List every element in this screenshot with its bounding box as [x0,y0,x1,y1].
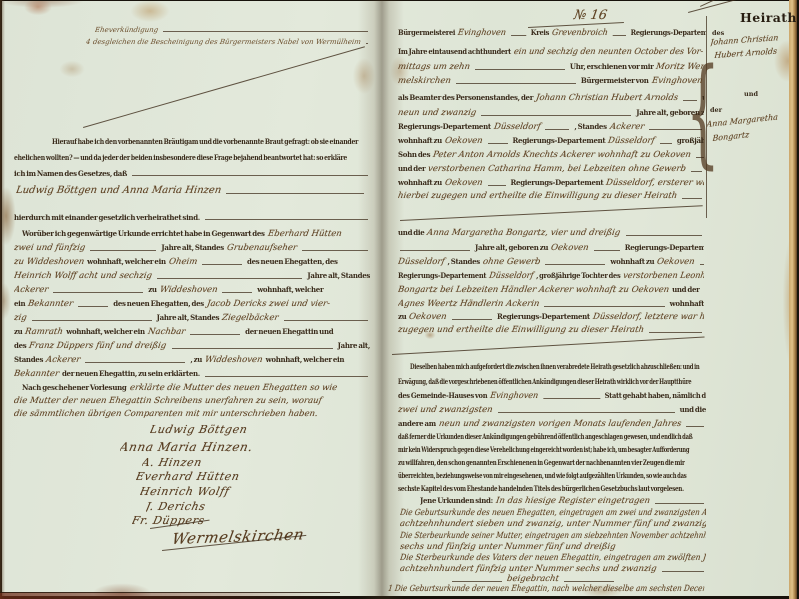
left-body: Heinrich Wolff acht und sechzigJahre alt… [14,271,370,281]
printed-text: ein [14,299,25,308]
rule-line [205,376,368,377]
signature-fr-dueppers: Fr. Düppers [132,514,252,527]
left-body: StandesAckerer, zuWiddeshovenwohnhaft, w… [14,355,370,365]
handwritten-text: Anna Margaretha Bongartz, vier und dreiß… [427,228,622,238]
printed-text: , zu [190,355,202,364]
left-body: Nach geschehener Vorlesungerklärte die M… [22,383,370,393]
margin-heading-heirath: Heirath [740,10,796,25]
handwritten-text: achtzehnhundert sieben und zwanzig, unte… [400,519,706,529]
printed-text: und die [680,405,706,414]
handwritten-text: zig [14,313,27,323]
rule-line [655,503,704,504]
left-body: hierdurch mit einander gesetzlich verhei… [14,213,370,222]
left-body: zuRamrathwohnhaft, welcher einNachbarder… [14,327,370,337]
handwritten-text: neun und zwanzigsten vorigen Monats lauf… [438,419,682,429]
handwritten-text: Grevenbroich [551,28,608,38]
printed-text: Bürgermeisterei [398,28,455,37]
handwritten-text: die sämmtlichen übrigen Comparenten mit … [14,409,318,419]
handwritten-text: sechs und fünfzig unter Nummer fünf und … [400,542,616,552]
rule-line [511,35,526,36]
handwritten-text: Moritz Wer- [656,62,704,72]
right-body: Regierungs-DepartementDüsseldorf, großjä… [398,271,704,281]
rule-line [452,581,502,582]
handwritten-text: Düsseldorf [493,122,541,132]
rule-line [53,292,143,293]
printed-text: Standes [14,355,43,364]
left-body: Hierauf habe ich den vorbenannten Bräuti… [52,137,370,146]
right-body: überreichten, beziehungsweise von mir ei… [398,471,706,480]
rule-line [475,69,565,70]
handwritten-text: Johann Christian Hubert Arnolds [535,93,679,103]
right-documents: beigebracht [450,574,660,584]
handwritten-text: Everhard Hütten [136,470,241,483]
printed-text: andere am [398,419,436,428]
left-body: zigJahre alt, StandesZiegelbäcker [14,313,370,323]
rule-line [85,362,185,363]
handwritten-text: Bongartz bei Lebzeiten Händler Ackerer w… [398,285,670,295]
handwritten-text: J. Derichs [146,500,207,513]
left-body: Worüber ich gegenwärtige Urkunde erricht… [22,229,370,239]
handwritten-text: verstorbenen Catharina Hamm, bei Lebzeit… [428,164,687,174]
printed-text: Jahre alt, Standes [157,313,220,322]
handwritten-text: Heinrich Wolff acht und sechzig [14,271,153,281]
handwritten-text: Widdeshoven [159,285,218,295]
left-body: die Mutter der neuen Ehegattin Schreiben… [14,396,370,406]
printed-text: der [710,106,722,114]
record-number: № 16 [530,8,650,23]
printed-text: ich im Namen des Gesetzes, daß [14,169,127,178]
handwritten-text: Grubenaufseher [226,243,298,253]
right-body: daß ferner die Urkunden dieser Ankündigu… [398,432,706,441]
handwritten-text: In das hiesige Register eingetragen [495,496,651,506]
handwritten-text: 4 [86,38,91,46]
handwritten-text: verstorbenen Leonhard [623,271,704,281]
handwritten-text: melskirchen [398,76,452,86]
printed-text: und die [398,228,424,237]
page-fore-edge [789,0,797,599]
printed-text: des neuen Ehegatten, des [113,299,204,308]
printed-text: Jahre alt, geboren zu [636,108,704,117]
printed-text: Jahre alt, Standes [161,243,224,252]
left-body: die sämmtlichen übrigen Comparenten mit … [14,409,370,419]
handwritten-text: hierbei zugegen und ertheilte die Einwil… [398,191,678,201]
handwritten-text: ohne Gewerb [482,257,541,267]
handwritten-text: Düsseldorf [398,257,445,267]
printed-text: hierdurch mit einander gesetzlich verhei… [14,213,200,222]
printed-text: wohnhaft [670,299,704,308]
rule-line [284,320,368,321]
printed-text: Im Jahre eintausend achthundert [398,47,511,56]
handwritten-text: Ludwig Böttgen [150,423,249,436]
rule-line [545,264,605,265]
rule-line [488,143,508,144]
printed-text: der neuen Ehegattin, zu sein erklärten. [62,369,200,378]
printed-text: mir kein Widerspruch gegen diese Verehel… [398,445,689,454]
printed-text: Regierungs-Departement [625,243,704,252]
rule-line [498,412,675,413]
left-margin-note-type: Eheverkündigung [95,26,370,34]
printed-text: Jahre alt, geboren zu [475,243,548,252]
right-documents: achtzehnhundert fünfzig unter Nummer sec… [400,564,706,574]
printed-text: und der [398,164,425,173]
handwritten-text: neun und zwanzig [398,108,477,118]
handwritten-text: Franz Düppers fünf und dreißig [29,341,168,351]
right-documents: 1Die Geburtsurkunde der neuen Ehegattin,… [388,584,704,594]
printed-text: Worüber ich gegenwärtige Urkunde erricht… [22,229,265,238]
right-header: BürgermeistereiEvinghovenKreisGrevenbroi… [398,28,706,38]
printed-text: Regierungs-Departement [398,122,491,131]
signature-everhard-huetten: Everhard Hütten [136,470,276,483]
printed-text: großjähriger [677,136,704,145]
rule-line [564,581,614,582]
printed-text: Statt gehabt haben, nämlich die erste am [605,391,706,400]
rule-line [649,332,702,333]
left-body: einBekannterdes neuen Ehegatten, desJaco… [14,299,370,309]
printed-text: sechste Kapitel des vom Ehestande handel… [398,484,684,493]
marriage-register-spread: { Eheverkündigung4desgleichen die Besche… [0,0,799,599]
right-body: neun und zwanzigJahre alt, geboren zuNet… [398,108,704,118]
printed-text: , Standes [574,122,606,131]
printed-text: , Standes [448,257,480,266]
printed-text: des neuen Ehegatten, des [247,257,338,266]
printed-text: zu [398,312,406,321]
printed-text: wohnhaft zu [398,178,442,187]
rule-line [132,175,368,176]
left-body: AckererzuWiddeshovenwohnhaft, welcher [14,285,370,295]
signature-j-derichs: J. Derichs [146,500,266,513]
couple-names-line: Ludwig Böttgen und Anna Maria Hinzen [16,185,366,196]
handwritten-text: Agnes Weertz Händlerin Ackerin [398,299,540,309]
handwritten-text: die Mutter der neuen Ehegattin Schreiben… [14,396,323,406]
right-body: Sohn desPeter Anton Arnolds Knechts Acke… [398,150,704,160]
rule-line [545,129,569,130]
printed-text: wohnhaft, welcher [257,285,323,294]
rule-line [660,143,672,144]
printed-text: wohnhaft, welcher ein [66,327,145,336]
rule-line [202,264,242,265]
handwritten-text: Widdeshoven [204,355,263,365]
right-body: des Gemeinde-Hauses vonEvinghovenStatt g… [398,391,706,401]
handwritten-text: Oheim [168,257,198,267]
rule-line [190,334,240,335]
handwritten-text: Ackerer [609,122,645,132]
printed-text: des Gemeinde-Hauses von [398,391,487,400]
right-body: zugegen und ertheilte die Einwilligung z… [398,325,704,335]
handwritten-text: zwei und zwanzigsten [398,405,493,415]
rule-line [662,571,704,572]
right-body: Jahre alt, geboren zuOekovenRegierungs-D… [398,243,704,253]
rule-line [456,83,576,84]
handwritten-text: Evinghoven [457,28,507,38]
printed-text: zu [148,285,156,294]
rule-line [683,100,697,101]
rule-line [613,35,626,36]
rule-line [302,250,368,251]
rule-line [32,320,152,321]
printed-text: Regierungs-Departement [513,136,606,145]
handwritten-text: Eheverkündigung [95,26,159,34]
handwritten-text: desgleichen die Bescheinigung des Bürger… [93,38,362,46]
margin-label-und: und [744,90,774,98]
handwritten-text: 1 [388,584,393,594]
left-body: Bekannterder neuen Ehegattin, zu sein er… [14,369,370,379]
printed-text: Jene Urkunden sind: [420,496,493,505]
printed-text: Regierungs-Departement Düsseldorf. [631,28,706,37]
handwritten-text: achtzehnhundert fünfzig unter Nummer sec… [400,564,657,574]
right-body: zwei und zwanzigstenund die [398,405,706,415]
rule-line [481,115,631,116]
printed-text: überreichten, beziehungsweise von mir ei… [398,471,687,480]
handwritten-text: Nachbar [147,327,186,337]
signature-a-hinzen: A. Hinzen [142,456,262,469]
handwritten-text: Düsseldorf [608,136,656,146]
printed-text: Uhr, erschienen vor mir [570,62,654,71]
printed-text: Hierauf habe ich den vorbenannten Bräuti… [52,137,358,146]
printed-text: und der [672,285,699,294]
rule-line [78,306,108,307]
printed-text: und [744,90,758,98]
rule-line [163,31,368,32]
handwritten-text: zwei und fünfzig [14,243,86,253]
printed-text: daß ferner die Urkunden dieser Ankündigu… [398,432,693,441]
left-body: ich im Namen des Gesetzes, daß [14,169,370,178]
printed-text: Jahre alt, Standes [307,271,370,280]
handwritten-text: Düsseldorf [488,271,534,281]
handwritten-text: Oekoven [444,136,483,146]
right-documents: Die Sterbeurkunde des Vaters der neuen E… [400,553,706,563]
handwritten-text: Bekannter [14,369,60,379]
rule-line [682,198,702,199]
handwritten-text: Anna Maria Hinzen. [120,440,254,454]
right-body: Regierungs-DepartementDüsseldorf, Stande… [398,122,704,132]
handwritten-text: Ramrath [25,327,64,337]
right-body: sechste Kapitel des vom Ehestande handel… [398,484,706,493]
handwritten-text: № 16 [572,8,607,23]
right-documents: sechs und fünfzig unter Nummer fünf und … [400,542,706,552]
handwritten-text: Peter Anton Arnolds Knechts Ackerer wohn… [432,150,691,160]
handwritten-text: Oekoven [444,178,483,188]
handwritten-text: Ludwig Böttgen und Anna Maria Hinzen [16,185,222,196]
right-body: Im Jahre eintausend achthundertein und s… [398,47,704,57]
rule-line [366,43,368,44]
rule-line [649,129,702,130]
handwritten-text: Düsseldorf, ersterer war [606,178,704,188]
right-body: wohnhaft zuOekovenRegierungs-Departement… [398,136,704,146]
right-body: Agnes Weertz Händlerin Ackerinwohnhaft [398,299,704,309]
printed-text: des [712,29,724,37]
right-body: wohnhaft zuOekovenRegierungs-Departement… [398,178,704,188]
bottom-page-edge [0,592,340,599]
printed-text: Nach geschehener Vorlesung [22,383,127,392]
rule-line [700,264,704,265]
right-body: und dieAnna Margaretha Bongartz, vier un… [398,228,704,238]
right-body: mittags um zehnUhr, erschienen vor mirMo… [398,62,704,72]
handwritten-text: Ziegelbäcker [221,313,279,323]
printed-text: Heirath [740,10,796,25]
printed-text: wohnhaft, welcher ein [87,257,166,266]
printed-text: Regierungs-Departement [511,178,604,187]
right-body: andere amneun und zwanzigsten vorigen Mo… [398,419,706,429]
printed-text: als Beamter des Personenstandes, der [398,93,533,102]
rule-line [626,235,702,236]
handwritten-text: Die Sterbeurkunde seiner Mutter, eingetr… [400,531,706,541]
handwritten-text: Jacob Dericks zwei und vier- [206,299,330,309]
signature-heinrich-wolff: Heinrich Wolff [140,485,280,498]
printed-text: Sohn des [398,150,430,159]
handwritten-text: beigebracht [506,574,559,584]
printed-text: zu willfahren, den schon genannten Ersch… [398,458,685,467]
handwritten-text: Die Sterbeurkunde des Vaters der neuen E… [400,553,706,563]
handwritten-text: mittags um zehn [398,62,471,72]
rule-line [488,185,506,186]
handwritten-text: Oekoven [657,257,696,267]
rule-line [696,157,704,158]
rule-line [691,171,702,172]
right-body: Bongartz bei Lebzeiten Händler Ackerer w… [398,285,704,295]
right-body: hierbei zugegen und ertheilte die Einwil… [398,191,704,201]
right-body: Düsseldorf, Standesohne Gewerbwohnhaft z… [398,257,704,267]
handwritten-text: Die Geburtsurkunde des neuen Ehegatten, … [400,508,706,518]
handwritten-text: erklärte die Mutter des neuen Ehegatten … [129,383,338,393]
right-body: melskirchenBürgermeister vonEvinghoven [398,76,704,86]
left-body: ehelichen wollten? — und da jeder der be… [14,153,370,162]
right-documents: Die Geburtsurkunde des neuen Ehegatten, … [400,508,706,518]
handwritten-text: Ackerer [45,355,81,365]
margin-label-der: der [710,106,740,114]
printed-text: wohnhaft, welcher ein [266,355,345,364]
handwritten-text: zugegen und ertheilte die Einwilligung z… [398,325,645,335]
printed-text: wohnhaft zu [610,257,654,266]
rule-line [205,219,368,220]
rule-line [90,250,156,251]
right-documents: Jene Urkunden sind:In das hiesige Regist… [420,496,706,506]
handwritten-text: Bekannter [28,299,75,309]
left-body: zwei und fünfzigJahre alt, StandesGruben… [14,243,370,253]
left-margin-note-cert: 4desgleichen die Bescheinigung des Bürge… [86,38,368,46]
handwritten-text: Düsseldorf, letztere war hierbei [592,312,704,322]
left-body: desFranz Düppers fünf und dreißigJahre a… [14,341,370,351]
rule-line [686,426,704,427]
handwritten-text: Die Geburtsurkunde der neuen Ehegattin, … [394,584,704,594]
handwritten-text: Evinghoven [651,76,703,86]
signature-anna-maria-hinzen: Anna Maria Hinzen. [120,440,305,454]
handwritten-text: Heinrich Wolff [140,485,231,498]
rule-line [157,278,303,279]
handwritten-text: Oekoven [409,312,448,322]
right-body: Erwägung, daß die vorgeschriebenen öffen… [398,377,706,386]
rule-line [544,306,664,307]
handwritten-text: Eberhard Hütten [267,229,342,239]
right-body: zu willfahren, den schon genannten Ersch… [398,458,706,467]
right-body: und derverstorbenen Catharina Hamm, bei … [398,164,704,174]
rule-line [172,348,333,349]
rule-line [594,250,620,251]
signature-ludwig-boettgen: Ludwig Böttgen [150,423,300,436]
rule-line [452,319,492,320]
printed-text: Bürgermeister von [581,76,649,85]
printed-text: und [702,93,704,102]
rule-line [226,193,364,194]
handwritten-text: A. Hinzen [142,456,203,469]
printed-text: , großjährige Tochter des [536,271,620,280]
handwritten-text: Oekoven [550,243,589,253]
printed-text: Dieselben haben mich aufgefordert die zw… [410,362,699,371]
printed-text: ehelichen wollten? — und da jeder der be… [14,153,347,162]
left-body: zu Widdeshovenwohnhaft, welcher einOheim… [14,257,370,267]
handwritten-text: Ackerer [14,285,49,295]
handwritten-text: zu Widdeshoven [14,257,85,267]
left-binding-edge [0,0,5,599]
printed-text: wohnhaft zu [398,136,442,145]
printed-text: Jahre alt, [338,341,370,350]
printed-text: zu [14,327,22,336]
printed-text: Erwägung, daß die vorgeschriebenen öffen… [398,377,691,386]
printed-text: Regierungs-Departement [497,312,590,321]
printed-text: der neuen Ehegattin und [245,327,333,336]
rule-line [222,292,252,293]
right-documents: Die Sterbeurkunde seiner Mutter, eingetr… [400,531,706,541]
rule-line [400,250,470,251]
right-body: zuOekovenRegierungs-DepartementDüsseldor… [398,312,704,322]
handwritten-text: Evinghoven [489,391,539,401]
printed-text: Kreis [531,28,549,37]
printed-text: des [14,341,26,350]
printed-text: Regierungs-Departement [398,271,486,280]
rule-line [543,398,600,399]
right-documents: achtzehnhundert sieben und zwanzig, unte… [400,519,706,529]
right-body: Dieselben haben mich aufgefordert die zw… [410,362,706,371]
right-body: als Beamter des Personenstandes, derJoha… [398,93,704,103]
handwritten-text: ein und sechzig den neunten October des … [513,47,704,57]
right-body: mir kein Widerspruch gegen diese Verehel… [398,445,706,454]
